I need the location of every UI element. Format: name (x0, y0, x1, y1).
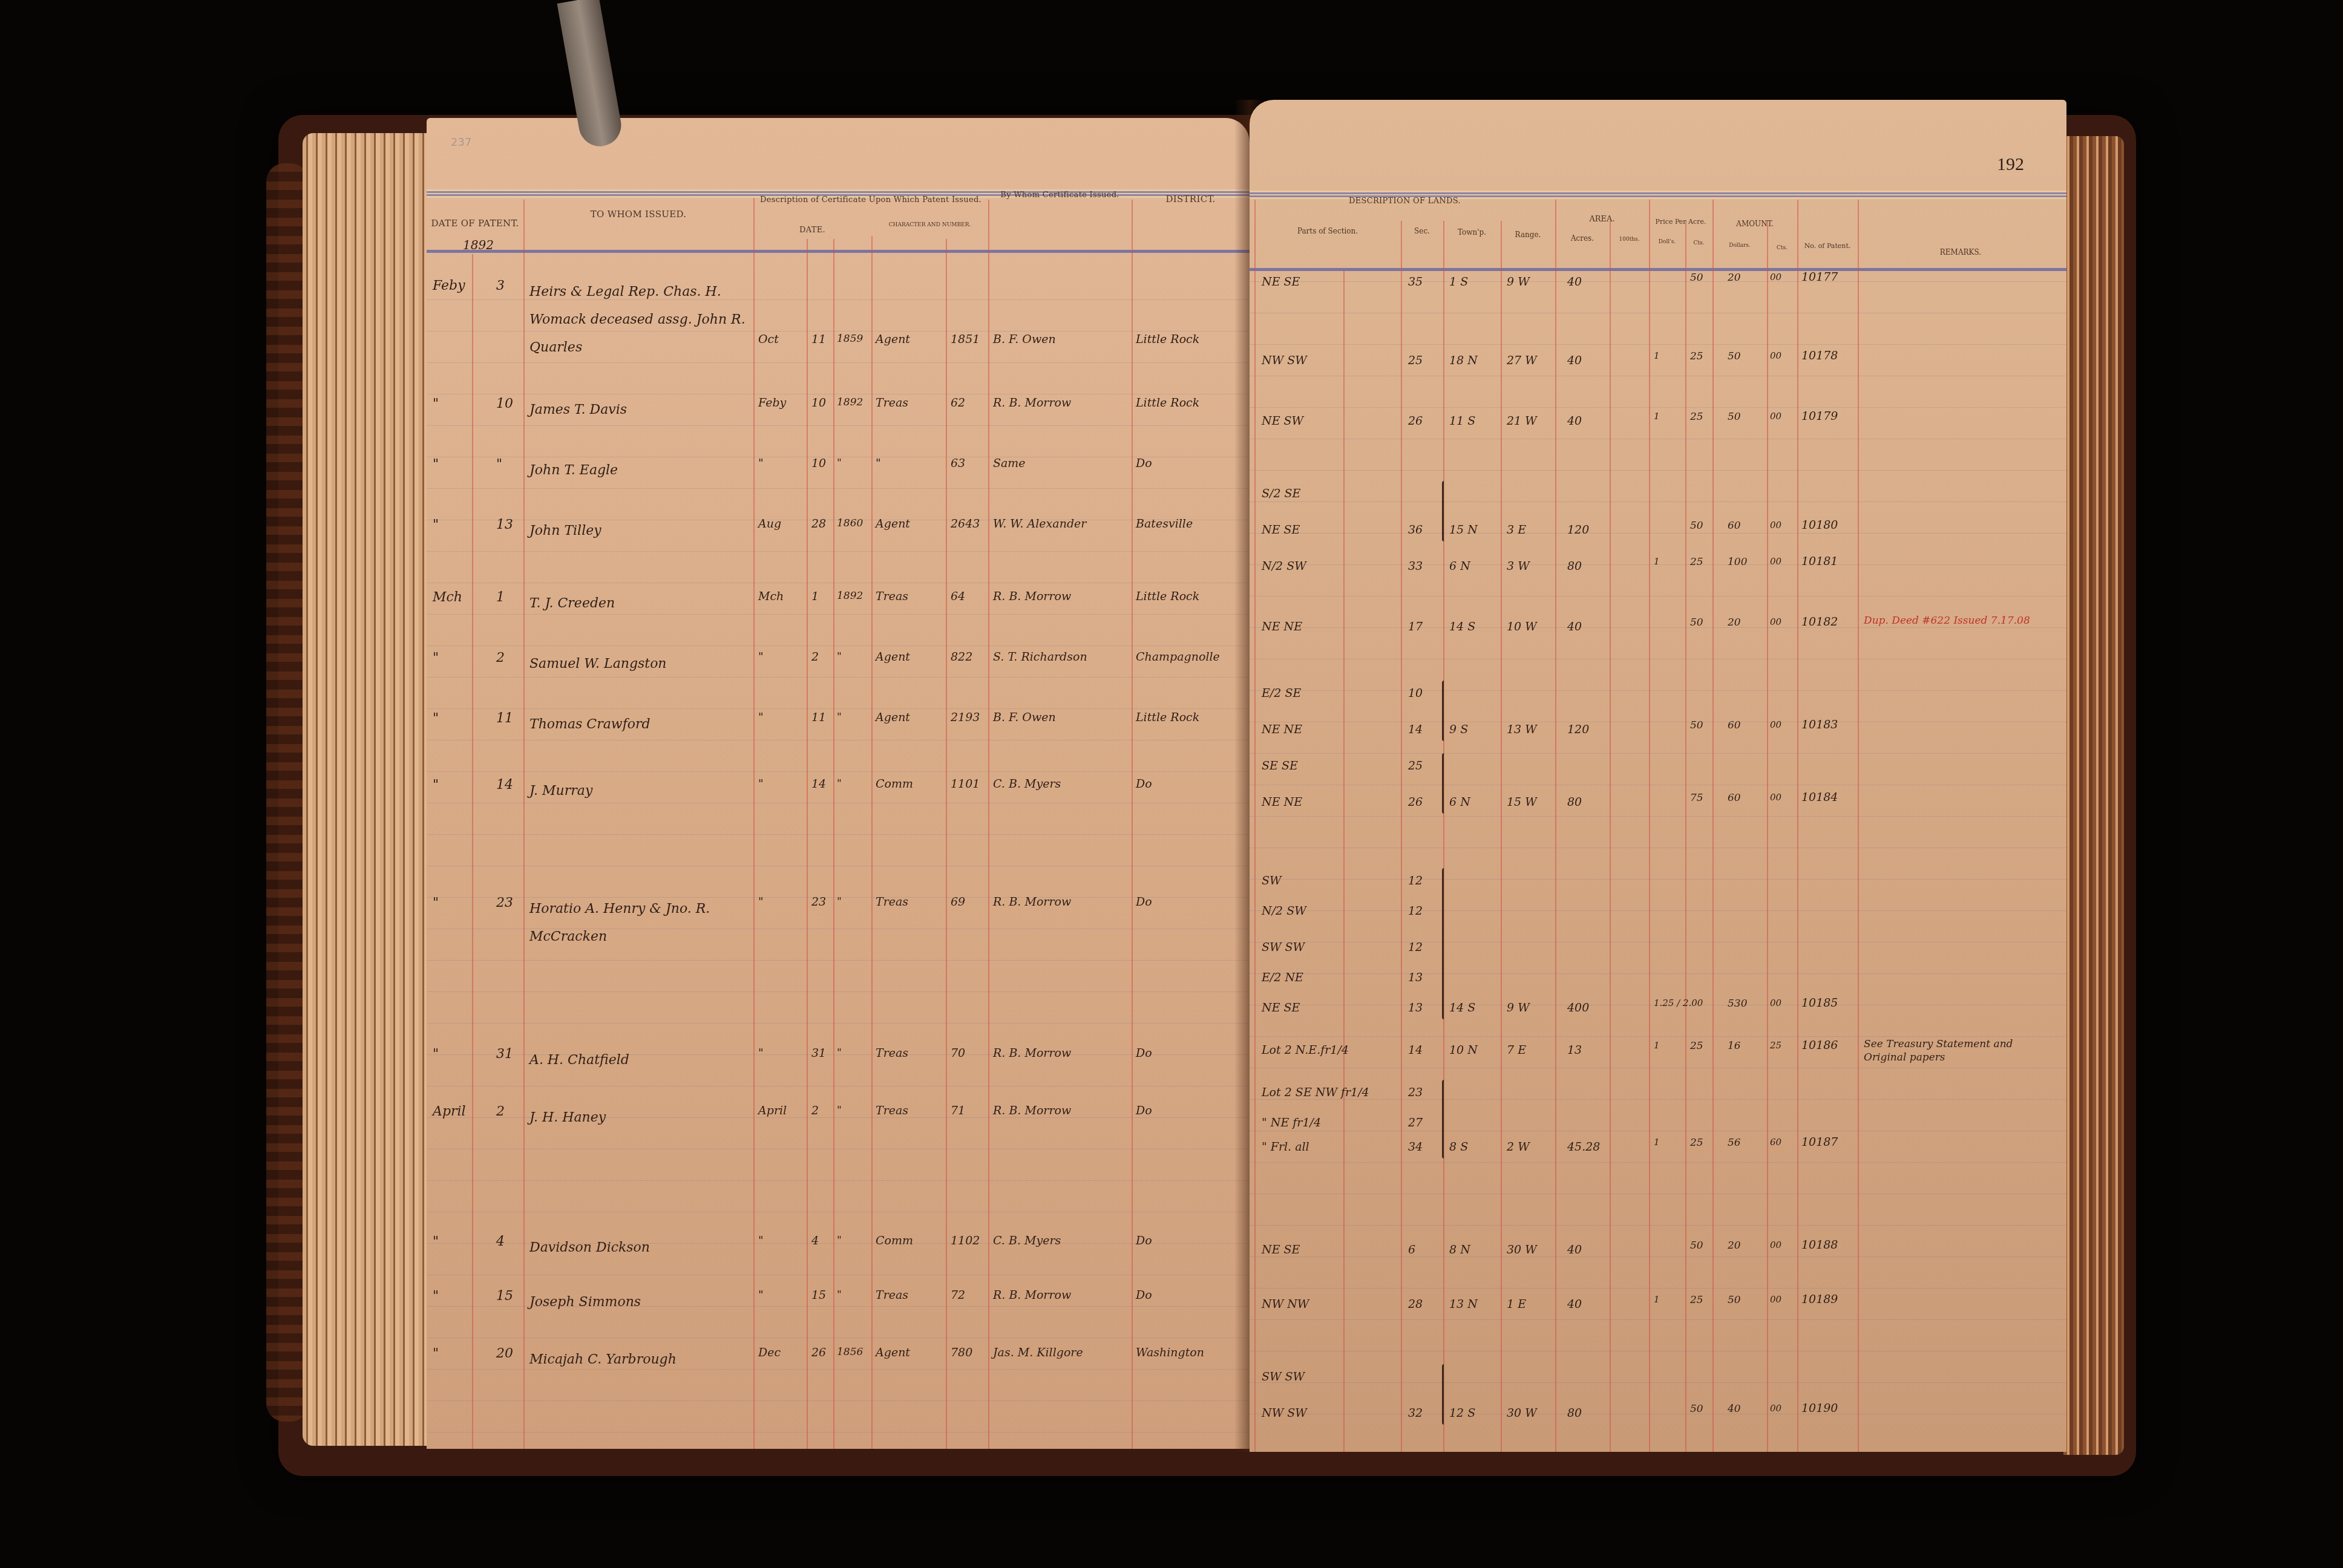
entry-by-whom: C. B. Myers (993, 777, 1061, 791)
land-township: 15 N (1449, 523, 1478, 537)
entry-amount-cts: 00 (1770, 556, 1781, 567)
land-part-of-section: NW NW (1262, 1298, 1309, 1311)
header-range: Range. (1501, 230, 1555, 239)
entry-patent-number: 10188 (1801, 1238, 1838, 1252)
land-township: 13 N (1449, 1298, 1478, 1311)
entry-cert-year: " (837, 711, 842, 723)
land-part-of-section: N/2 SW (1262, 904, 1306, 918)
row-rule (427, 771, 1250, 772)
entry-district: Do (1136, 1289, 1152, 1302)
col-rule (833, 239, 834, 1449)
header-cert-date: DATE. (753, 226, 871, 235)
entry-cert-year: 1859 (837, 333, 863, 345)
land-range: 10 W (1507, 620, 1537, 633)
col-rule (988, 200, 989, 1449)
row-rule (1250, 533, 2066, 534)
entry-day: 4 (496, 1234, 505, 1249)
entry-remarks: See Treasury Statement and Original pape… (1864, 1037, 2057, 1064)
entry-patent-number: 10186 (1801, 1039, 1838, 1052)
col-rule (1712, 200, 1714, 1452)
entry-cert-day: 4 (811, 1234, 819, 1247)
entry-character: Agent (876, 650, 910, 664)
land-section: 17 (1408, 620, 1423, 633)
entry-amount-cts: 00 (1770, 1403, 1781, 1414)
entry-cert-day: 10 (811, 396, 826, 410)
col-rule (1649, 200, 1650, 1452)
entry-cert-year: " (837, 1047, 842, 1059)
land-part-of-section: Lot 2 N.E.fr1/4 (1262, 1044, 1349, 1057)
land-part-of-section: Lot 2 SE NW fr1/4 (1262, 1086, 1369, 1099)
entry-name: J. Murray (529, 777, 747, 805)
right-page: 192 DESCRIPTION OF LANDS. Parts of Secti… (1250, 100, 2066, 1452)
entry-amount-dollars: 60 (1728, 520, 1741, 532)
header-sec: Sec. (1401, 227, 1443, 235)
header-acres: Acres. (1555, 234, 1610, 243)
entry-cert-year: " (837, 895, 842, 907)
land-part-of-section: S/2 SE (1262, 487, 1300, 500)
entry-cert-month: Dec (758, 1346, 781, 1359)
row-rule (1250, 879, 2066, 880)
entry-character: Comm (876, 777, 913, 791)
entry-amount-cts: 60 (1770, 1137, 1781, 1148)
entry-cert-number: 1851 (951, 333, 980, 346)
col-rule (753, 198, 755, 1449)
land-section: 32 (1408, 1406, 1423, 1420)
header-amount-cts: Cts. (1767, 245, 1797, 251)
entry-amount-dollars: 60 (1728, 719, 1741, 731)
entry-patent-number: 10178 (1801, 349, 1838, 362)
entry-day: " (496, 457, 502, 472)
entry-month: Feby (433, 278, 465, 293)
entry-patent-number: 10189 (1801, 1293, 1838, 1306)
entry-name: J. H. Haney (529, 1104, 747, 1132)
row-rule (1250, 501, 2066, 502)
land-section: 25 (1408, 759, 1423, 773)
entry-district: Batesville (1136, 517, 1193, 531)
entry-patent-number: 10184 (1801, 791, 1838, 804)
entry-amount-dollars: 20 (1728, 1240, 1741, 1252)
entry-cert-day: 11 (811, 711, 826, 724)
land-township: 1 S (1449, 275, 1468, 289)
entry-cert-number: 2643 (951, 517, 980, 531)
entry-character: Treas (876, 1047, 908, 1060)
row-rule (427, 425, 1250, 426)
land-township: 12 S (1449, 1406, 1475, 1420)
land-range: 13 W (1507, 723, 1537, 736)
entry-by-whom: R. B. Morrow (993, 1047, 1071, 1060)
land-part-of-section: SW (1262, 874, 1282, 887)
entry-amount-dollars: 50 (1728, 1294, 1741, 1306)
entry-district: Little Rock (1136, 396, 1199, 410)
entry-cert-month: April (758, 1104, 787, 1117)
entry-cert-day: 11 (811, 333, 826, 346)
entry-name: Thomas Crawford (529, 711, 747, 739)
row-rule (1250, 659, 2066, 659)
row-rule (1250, 910, 2066, 911)
entry-acres: 13 (1567, 1044, 1582, 1057)
entry-cert-day: 10 (811, 457, 826, 470)
row-rule (427, 740, 1250, 740)
entry-month: " (433, 1289, 439, 1304)
entry-price-dolls: 1 (1654, 350, 1660, 361)
row-rule (1250, 1131, 2066, 1131)
entry-remarks: Dup. Deed #622 Issued 7.17.08 (1864, 614, 2057, 627)
land-section: 35 (1408, 275, 1423, 289)
row-rule (427, 866, 1250, 866)
entry-cert-number: 2193 (951, 711, 980, 724)
entry-name: Micajah C. Yarbrough (529, 1346, 747, 1374)
land-part-of-section: NE SE (1262, 275, 1300, 289)
entry-cert-day: 26 (811, 1346, 826, 1359)
entry-district: Champagnolle (1136, 650, 1220, 664)
entry-by-whom: Same (993, 457, 1026, 470)
col-rule (1858, 200, 1859, 1452)
row-rule (427, 1212, 1250, 1212)
entry-price-cts: 50 (1690, 272, 1703, 284)
entry-cert-day: 1 (811, 590, 819, 603)
entry-price-cts: 50 (1690, 1403, 1703, 1415)
entry-cert-month: " (758, 457, 764, 470)
header-cts: Cts. (1685, 240, 1712, 246)
land-part-of-section: E/2 SE (1262, 687, 1301, 700)
land-part-of-section: SW SW (1262, 1370, 1305, 1383)
col-rule (1254, 200, 1256, 1452)
entry-acres: 40 (1567, 1243, 1582, 1256)
land-part-of-section: NE NE (1262, 620, 1302, 633)
col-rule (1501, 221, 1502, 1452)
entry-amount-dollars: 56 (1728, 1137, 1741, 1149)
entry-cert-year: 1892 (837, 590, 863, 602)
row-rule (1250, 1194, 2066, 1194)
entry-by-whom: R. B. Morrow (993, 1104, 1071, 1117)
land-part-of-section: NW SW (1262, 1406, 1307, 1420)
entry-price-cts: 50 (1690, 520, 1703, 532)
entry-amount-dollars: 50 (1728, 411, 1741, 423)
entry-day: 31 (496, 1047, 513, 1062)
land-section: 27 (1408, 1116, 1423, 1129)
row-rule (1250, 1288, 2066, 1289)
entry-cert-number: 1102 (951, 1234, 980, 1247)
row-rule (427, 583, 1250, 583)
header-dollars: Dollars. (1712, 243, 1767, 249)
land-part-of-section: NE NE (1262, 723, 1302, 736)
entry-cert-day: 23 (811, 895, 826, 909)
entry-month: Mch (433, 590, 462, 605)
entry-acres: 40 (1567, 1298, 1582, 1311)
row-rule (427, 362, 1250, 363)
entry-acres: 80 (1567, 1406, 1582, 1420)
header-parts-of-section: Parts of Section. (1254, 227, 1401, 235)
header-certificate-group: Description of Certificate Upon Which Pa… (753, 195, 988, 205)
entry-name: A. H. Chatfield (529, 1047, 747, 1074)
entry-acres: 80 (1567, 560, 1582, 573)
entry-cert-number: 72 (951, 1289, 965, 1302)
col-rule (871, 236, 873, 1449)
row-rule (427, 1432, 1250, 1432)
row-rule (1250, 470, 2066, 471)
entry-month: " (433, 1047, 439, 1062)
row-rule (1250, 313, 2066, 313)
row-rule (427, 1023, 1250, 1024)
col-rule (946, 239, 947, 1449)
entry-name: Joseph Simmons (529, 1289, 747, 1316)
row-rule (1250, 407, 2066, 408)
col-rule (1685, 221, 1686, 1452)
row-rule (1250, 1225, 2066, 1226)
entry-by-whom: B. F. Owen (993, 711, 1056, 724)
entry-month: " (433, 517, 439, 532)
entry-cert-year: " (837, 650, 842, 662)
entry-cert-number: 63 (951, 457, 965, 470)
entry-day: 15 (496, 1289, 513, 1304)
land-section: 26 (1408, 795, 1423, 809)
entry-patent-number: 10185 (1801, 996, 1838, 1010)
entry-price-cts: 50 (1690, 719, 1703, 731)
entry-price-dolls: 1 (1654, 1137, 1660, 1148)
entry-by-whom: Jas. M. Killgore (993, 1346, 1083, 1359)
entry-cert-year: " (837, 1289, 842, 1301)
col-rule (1401, 221, 1402, 1452)
entry-district: Do (1136, 777, 1152, 791)
entry-patent-number: 10177 (1801, 270, 1838, 284)
entry-by-whom: R. B. Morrow (993, 590, 1071, 603)
entry-price-dolls: 1 (1654, 411, 1660, 422)
land-range: 30 W (1507, 1406, 1537, 1420)
entry-by-whom: R. B. Morrow (993, 396, 1071, 410)
row-rule (427, 1275, 1250, 1275)
land-township: 14 S (1449, 1001, 1475, 1014)
entry-character: Agent (876, 517, 910, 531)
row-rule (427, 1086, 1250, 1086)
row-rule (427, 394, 1250, 394)
entry-cert-day: 2 (811, 1104, 819, 1117)
entry-amount-cts: 00 (1770, 998, 1781, 1008)
col-rule (472, 254, 473, 1449)
entry-cert-day: 28 (811, 517, 826, 531)
entry-cert-number: 780 (951, 1346, 972, 1359)
entry-district: Do (1136, 1104, 1152, 1117)
row-rule (1250, 344, 2066, 345)
header-township: Town'p. (1443, 228, 1501, 237)
entry-acres: 120 (1567, 523, 1589, 537)
entry-patent-number: 10181 (1801, 555, 1838, 568)
row-rule (427, 960, 1250, 961)
entry-district: Little Rock (1136, 333, 1199, 346)
entry-acres: 80 (1567, 795, 1582, 809)
entry-cert-number: 64 (951, 590, 965, 603)
row-rule (1250, 1256, 2066, 1257)
entry-cert-day: 15 (811, 1289, 826, 1302)
entry-district: Do (1136, 1047, 1152, 1060)
entry-amount-dollars: 20 (1728, 616, 1741, 629)
entry-amount-cts: 00 (1770, 350, 1781, 361)
entry-amount-dollars: 20 (1728, 272, 1741, 284)
land-range: 21 W (1507, 414, 1537, 428)
land-section: 34 (1408, 1140, 1423, 1154)
row-rule (427, 1180, 1250, 1181)
row-rule (1250, 785, 2066, 785)
entry-month: " (433, 711, 439, 726)
entry-name: Samuel W. Langston (529, 650, 747, 678)
entry-day: 2 (496, 650, 505, 665)
land-section: 14 (1408, 1044, 1423, 1057)
entry-price-cts: 25 (1690, 350, 1703, 362)
row-rule (1250, 1319, 2066, 1320)
left-page: 237 DATE OF PATENT. TO WHOM ISSUED. Desc… (427, 118, 1250, 1449)
land-range: 3 W (1507, 560, 1530, 573)
land-group-brace (1442, 481, 1446, 541)
row-rule (1250, 1162, 2066, 1163)
land-range: 3 E (1507, 523, 1526, 537)
entry-cert-month: " (758, 1047, 764, 1060)
entry-amount-dollars: 100 (1728, 556, 1747, 568)
col-rule (1610, 221, 1611, 1452)
header-no-of-patent: No. of Patent. (1797, 242, 1858, 250)
row-rule (427, 834, 1250, 835)
col-rule (1132, 200, 1133, 1449)
entry-price-cts: 25 (1690, 556, 1703, 568)
entry-cert-month: Feby (758, 396, 786, 410)
entry-name: John T. Eagle (529, 457, 747, 485)
entry-name: Horatio A. Henry & Jno. R. McCracken (529, 895, 747, 951)
land-range: 15 W (1507, 795, 1537, 809)
land-group-brace (1442, 1080, 1446, 1158)
entry-acres: 400 (1567, 1001, 1589, 1014)
entry-amount-cts: 00 (1770, 792, 1781, 803)
pencil-page-mark: 237 (451, 136, 471, 149)
entry-name: T. J. Creeden (529, 590, 747, 618)
land-township: 9 S (1449, 723, 1468, 736)
land-section: 28 (1408, 1298, 1423, 1311)
land-section: 6 (1408, 1243, 1415, 1256)
land-township: 6 N (1449, 560, 1470, 573)
row-rule (1250, 627, 2066, 628)
entry-amount-cts: 00 (1770, 1240, 1781, 1250)
land-range: 30 W (1507, 1243, 1537, 1256)
entry-district: Washington (1136, 1346, 1204, 1359)
land-part-of-section: SE SE (1262, 759, 1298, 773)
entry-price-cts: 25 (1690, 1137, 1703, 1149)
entry-amount-dollars: 50 (1728, 350, 1741, 362)
row-rule (1250, 690, 2066, 691)
land-part-of-section: NE SE (1262, 1243, 1300, 1256)
row-rule (1250, 816, 2066, 817)
entry-name: John Tilley (529, 517, 747, 545)
header-character-number: CHARACTER AND NUMBER. (871, 222, 988, 228)
entry-price-cts: 25 (1690, 411, 1703, 423)
entry-month: " (433, 457, 439, 472)
entry-patent-number: 10190 (1801, 1402, 1838, 1415)
entry-price-dolls: 1 (1654, 556, 1660, 567)
entry-patent-number: 10180 (1801, 518, 1838, 532)
row-rule (427, 551, 1250, 552)
row-rule (427, 708, 1250, 709)
entry-price-dolls: 1 (1654, 1294, 1660, 1305)
entry-character: Treas (876, 895, 908, 909)
entry-by-whom: R. B. Morrow (993, 1289, 1071, 1302)
row-rule (427, 1338, 1250, 1338)
entry-day: 11 (496, 711, 513, 726)
entry-cert-number: 62 (951, 396, 965, 410)
land-section: 23 (1408, 1086, 1423, 1099)
entry-month: " (433, 777, 439, 792)
header-bottom-rule (1250, 268, 2066, 271)
land-section: 12 (1408, 874, 1423, 887)
row-rule (1250, 1382, 2066, 1383)
land-township: 14 S (1449, 620, 1475, 633)
entry-cert-month: " (758, 1289, 764, 1302)
land-part-of-section: NE NE (1262, 795, 1302, 809)
entry-character: Agent (876, 1346, 910, 1359)
row-rule (1250, 1068, 2066, 1068)
entry-patent-number: 10187 (1801, 1135, 1838, 1149)
entry-amount-dollars: 60 (1728, 792, 1741, 804)
header-area: AREA. (1555, 215, 1649, 224)
year-heading: 1892 (463, 238, 494, 252)
land-township: 18 N (1449, 354, 1478, 367)
entry-by-whom: R. B. Morrow (993, 895, 1071, 909)
row-rule (1250, 1414, 2066, 1414)
land-section: 10 (1408, 687, 1423, 700)
entry-district: Do (1136, 457, 1152, 470)
entry-cert-year: " (837, 1104, 842, 1116)
land-section: 25 (1408, 354, 1423, 367)
row-rule (427, 991, 1250, 992)
land-section: 14 (1408, 723, 1423, 736)
entry-cert-year: " (837, 777, 842, 789)
entry-price-dolls: 1.25 / 2.00 (1654, 998, 1703, 1008)
entry-cert-month: Aug (758, 517, 781, 531)
entry-cert-month: " (758, 711, 764, 724)
col-rule (1343, 269, 1345, 1452)
entry-month: " (433, 1234, 439, 1249)
entry-district: Little Rock (1136, 590, 1199, 603)
row-rule (1250, 439, 2066, 439)
col-rule (1797, 200, 1798, 1452)
entry-price-cts: 50 (1690, 616, 1703, 629)
land-part-of-section: E/2 NE (1262, 971, 1303, 984)
entry-acres: 45.28 (1567, 1140, 1600, 1154)
land-group-brace (1442, 753, 1446, 814)
entry-acres: 40 (1567, 414, 1582, 428)
entry-cert-number: 822 (951, 650, 972, 664)
entry-cert-day: 2 (811, 650, 819, 664)
header-amount: AMOUNT. (1712, 220, 1797, 228)
entry-acres: 40 (1567, 354, 1582, 367)
entry-cert-year: 1860 (837, 517, 863, 529)
land-section: 13 (1408, 971, 1423, 984)
entry-month: " (433, 895, 439, 910)
entry-character: Agent (876, 711, 910, 724)
entry-cert-year: 1856 (837, 1346, 863, 1358)
land-range: 1 E (1507, 1298, 1526, 1311)
land-section: 12 (1408, 904, 1423, 918)
entry-day: 23 (496, 895, 513, 910)
entry-cert-month: " (758, 650, 764, 664)
land-range: 9 W (1507, 1001, 1530, 1014)
row-rule (1250, 596, 2066, 596)
entry-patent-number: 10182 (1801, 615, 1838, 629)
entry-cert-year: " (837, 1234, 842, 1246)
entry-acres: 40 (1567, 620, 1582, 633)
entry-character: Comm (876, 1234, 913, 1247)
entry-month: " (433, 1346, 439, 1361)
land-section: 33 (1408, 560, 1423, 573)
entry-month: " (433, 396, 439, 411)
header-remarks: REMARKS. (1858, 248, 2063, 256)
land-township: 6 N (1449, 795, 1470, 809)
entry-price-cts: 25 (1690, 1040, 1703, 1052)
